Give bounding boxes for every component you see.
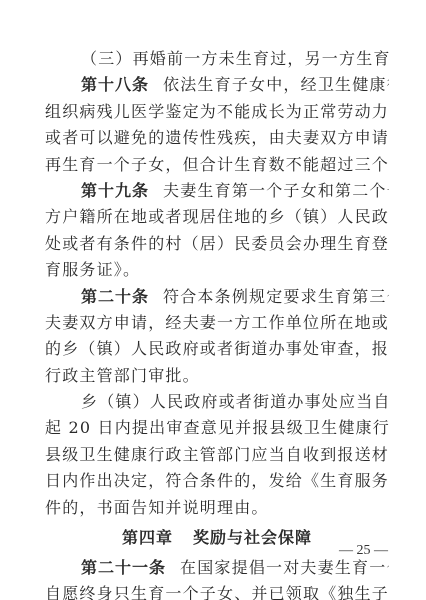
text-line: 起 20 日内提出审查意见并报县级卫生健康行政主管部门， bbox=[45, 415, 389, 441]
text-line: 再生育一个子女，但合计生育数不能超过三个。 bbox=[45, 152, 389, 178]
article-line: 第十九条夫妻生育第一个子女和第二个子女的，到一 bbox=[45, 178, 389, 204]
line-text: 在国家提倡一对夫妻生育一个子女期间， bbox=[180, 558, 389, 577]
page-number: — 25 — bbox=[339, 543, 388, 559]
text-line: 乡（镇）人民政府或者街道办事处应当自收到申请之日 bbox=[45, 389, 389, 415]
article-number: 第十九条 bbox=[81, 181, 149, 200]
text-line: 行政主管部门审批。 bbox=[45, 363, 389, 389]
text-line: 县级卫生健康行政主管部门应当自收到报送材料之日起 10 bbox=[45, 442, 389, 468]
body-text: （三）再婚前一方未生育过，另一方生育过两个子女的。第十八条依法生育子女中，经卫生… bbox=[45, 46, 389, 521]
line-text: 自愿终身只生育一个子女、并已领取《独生子女父母光荣证》 bbox=[45, 584, 389, 600]
chapter-title: 奖励与社会保障 bbox=[193, 528, 312, 547]
document-page: （三）再婚前一方未生育过，另一方生育过两个子女的。第十八条依法生育子女中，经卫生… bbox=[45, 46, 389, 600]
text-line: 方户籍所在地或者现居住地的乡（镇）人民政府、街道办事 bbox=[45, 204, 389, 230]
text-line: 日内作出决定，符合条件的，发给《生育服务证》；不符合条 bbox=[45, 468, 389, 494]
line-text: 的乡（镇）人民政府或者街道办事处审查，报县级卫生健康 bbox=[45, 339, 389, 358]
line-text: 符合本条例规定要求生育第三个子女的，由 bbox=[163, 287, 389, 306]
chapter-heading: 第四章奖励与社会保障 bbox=[45, 523, 389, 553]
text-line: 处或者有条件的村（居）民委员会办理生育登记，领取《生 bbox=[45, 231, 389, 257]
line-text: 县级卫生健康行政主管部门应当自收到报送材料之日起 10 bbox=[45, 445, 389, 464]
line-text: 日内作出决定，符合条件的，发给《生育服务证》；不符合条 bbox=[45, 471, 389, 490]
line-text: 夫妻双方申请，经夫妻一方工作单位所在地或者户籍所在地 bbox=[45, 313, 389, 332]
line-text: 再生育一个子女，但合计生育数不能超过三个。 bbox=[45, 155, 389, 174]
line-text: 方户籍所在地或者现居住地的乡（镇）人民政府、街道办事 bbox=[45, 207, 389, 226]
line-text: 起 20 日内提出审查意见并报县级卫生健康行政主管部门， bbox=[45, 418, 389, 437]
line-text: 处或者有条件的村（居）民委员会办理生育登记，领取《生 bbox=[45, 234, 389, 253]
line-text: 夫妻生育第一个子女和第二个子女的，到一 bbox=[163, 181, 389, 200]
article-line: 第二十一条在国家提倡一对夫妻生育一个子女期间， bbox=[45, 555, 389, 581]
article-number: 第二十条 bbox=[81, 287, 149, 306]
line-text: 组织病残儿医学鉴定为不能成长为正常劳动力的非遗传性 bbox=[45, 102, 389, 121]
body-text-continued: 第二十一条在国家提倡一对夫妻生育一个子女期间，自愿终身只生育一个子女、并已领取《… bbox=[45, 555, 389, 600]
line-text: 育服务证》。 bbox=[45, 260, 140, 279]
text-line: 自愿终身只生育一个子女、并已领取《独生子女父母光荣证》 bbox=[45, 581, 389, 600]
text-line: 夫妻双方申请，经夫妻一方工作单位所在地或者户籍所在地 bbox=[45, 310, 389, 336]
article-number: 第二十一条 bbox=[81, 558, 166, 577]
line-text: 行政主管部门审批。 bbox=[45, 366, 200, 385]
text-line: （三）再婚前一方未生育过，另一方生育过两个子女的。 bbox=[45, 46, 389, 72]
text-line: 件的，书面告知并说明理由。 bbox=[45, 495, 389, 521]
text-line: 育服务证》。 bbox=[45, 257, 389, 283]
line-text: 或者可以避免的遗传性残疾，由夫妻双方申请，经批准可以 bbox=[45, 128, 389, 147]
text-line: 组织病残儿医学鉴定为不能成长为正常劳动力的非遗传性 bbox=[45, 99, 389, 125]
line-text: 依法生育子女中，经卫生健康行政主管部门 bbox=[163, 75, 389, 94]
article-line: 第十八条依法生育子女中，经卫生健康行政主管部门 bbox=[45, 72, 389, 98]
line-text: 件的，书面告知并说明理由。 bbox=[45, 498, 269, 517]
article-line: 第二十条符合本条例规定要求生育第三个子女的，由 bbox=[45, 284, 389, 310]
article-number: 第十八条 bbox=[81, 75, 149, 94]
text-line: 或者可以避免的遗传性残疾，由夫妻双方申请，经批准可以 bbox=[45, 125, 389, 151]
text-line: 的乡（镇）人民政府或者街道办事处审查，报县级卫生健康 bbox=[45, 336, 389, 362]
line-text: 乡（镇）人民政府或者街道办事处应当自收到申请之日 bbox=[81, 392, 389, 411]
line-text: （三）再婚前一方未生育过，另一方生育过两个子女的。 bbox=[81, 49, 389, 68]
chapter-number: 第四章 bbox=[122, 528, 173, 547]
